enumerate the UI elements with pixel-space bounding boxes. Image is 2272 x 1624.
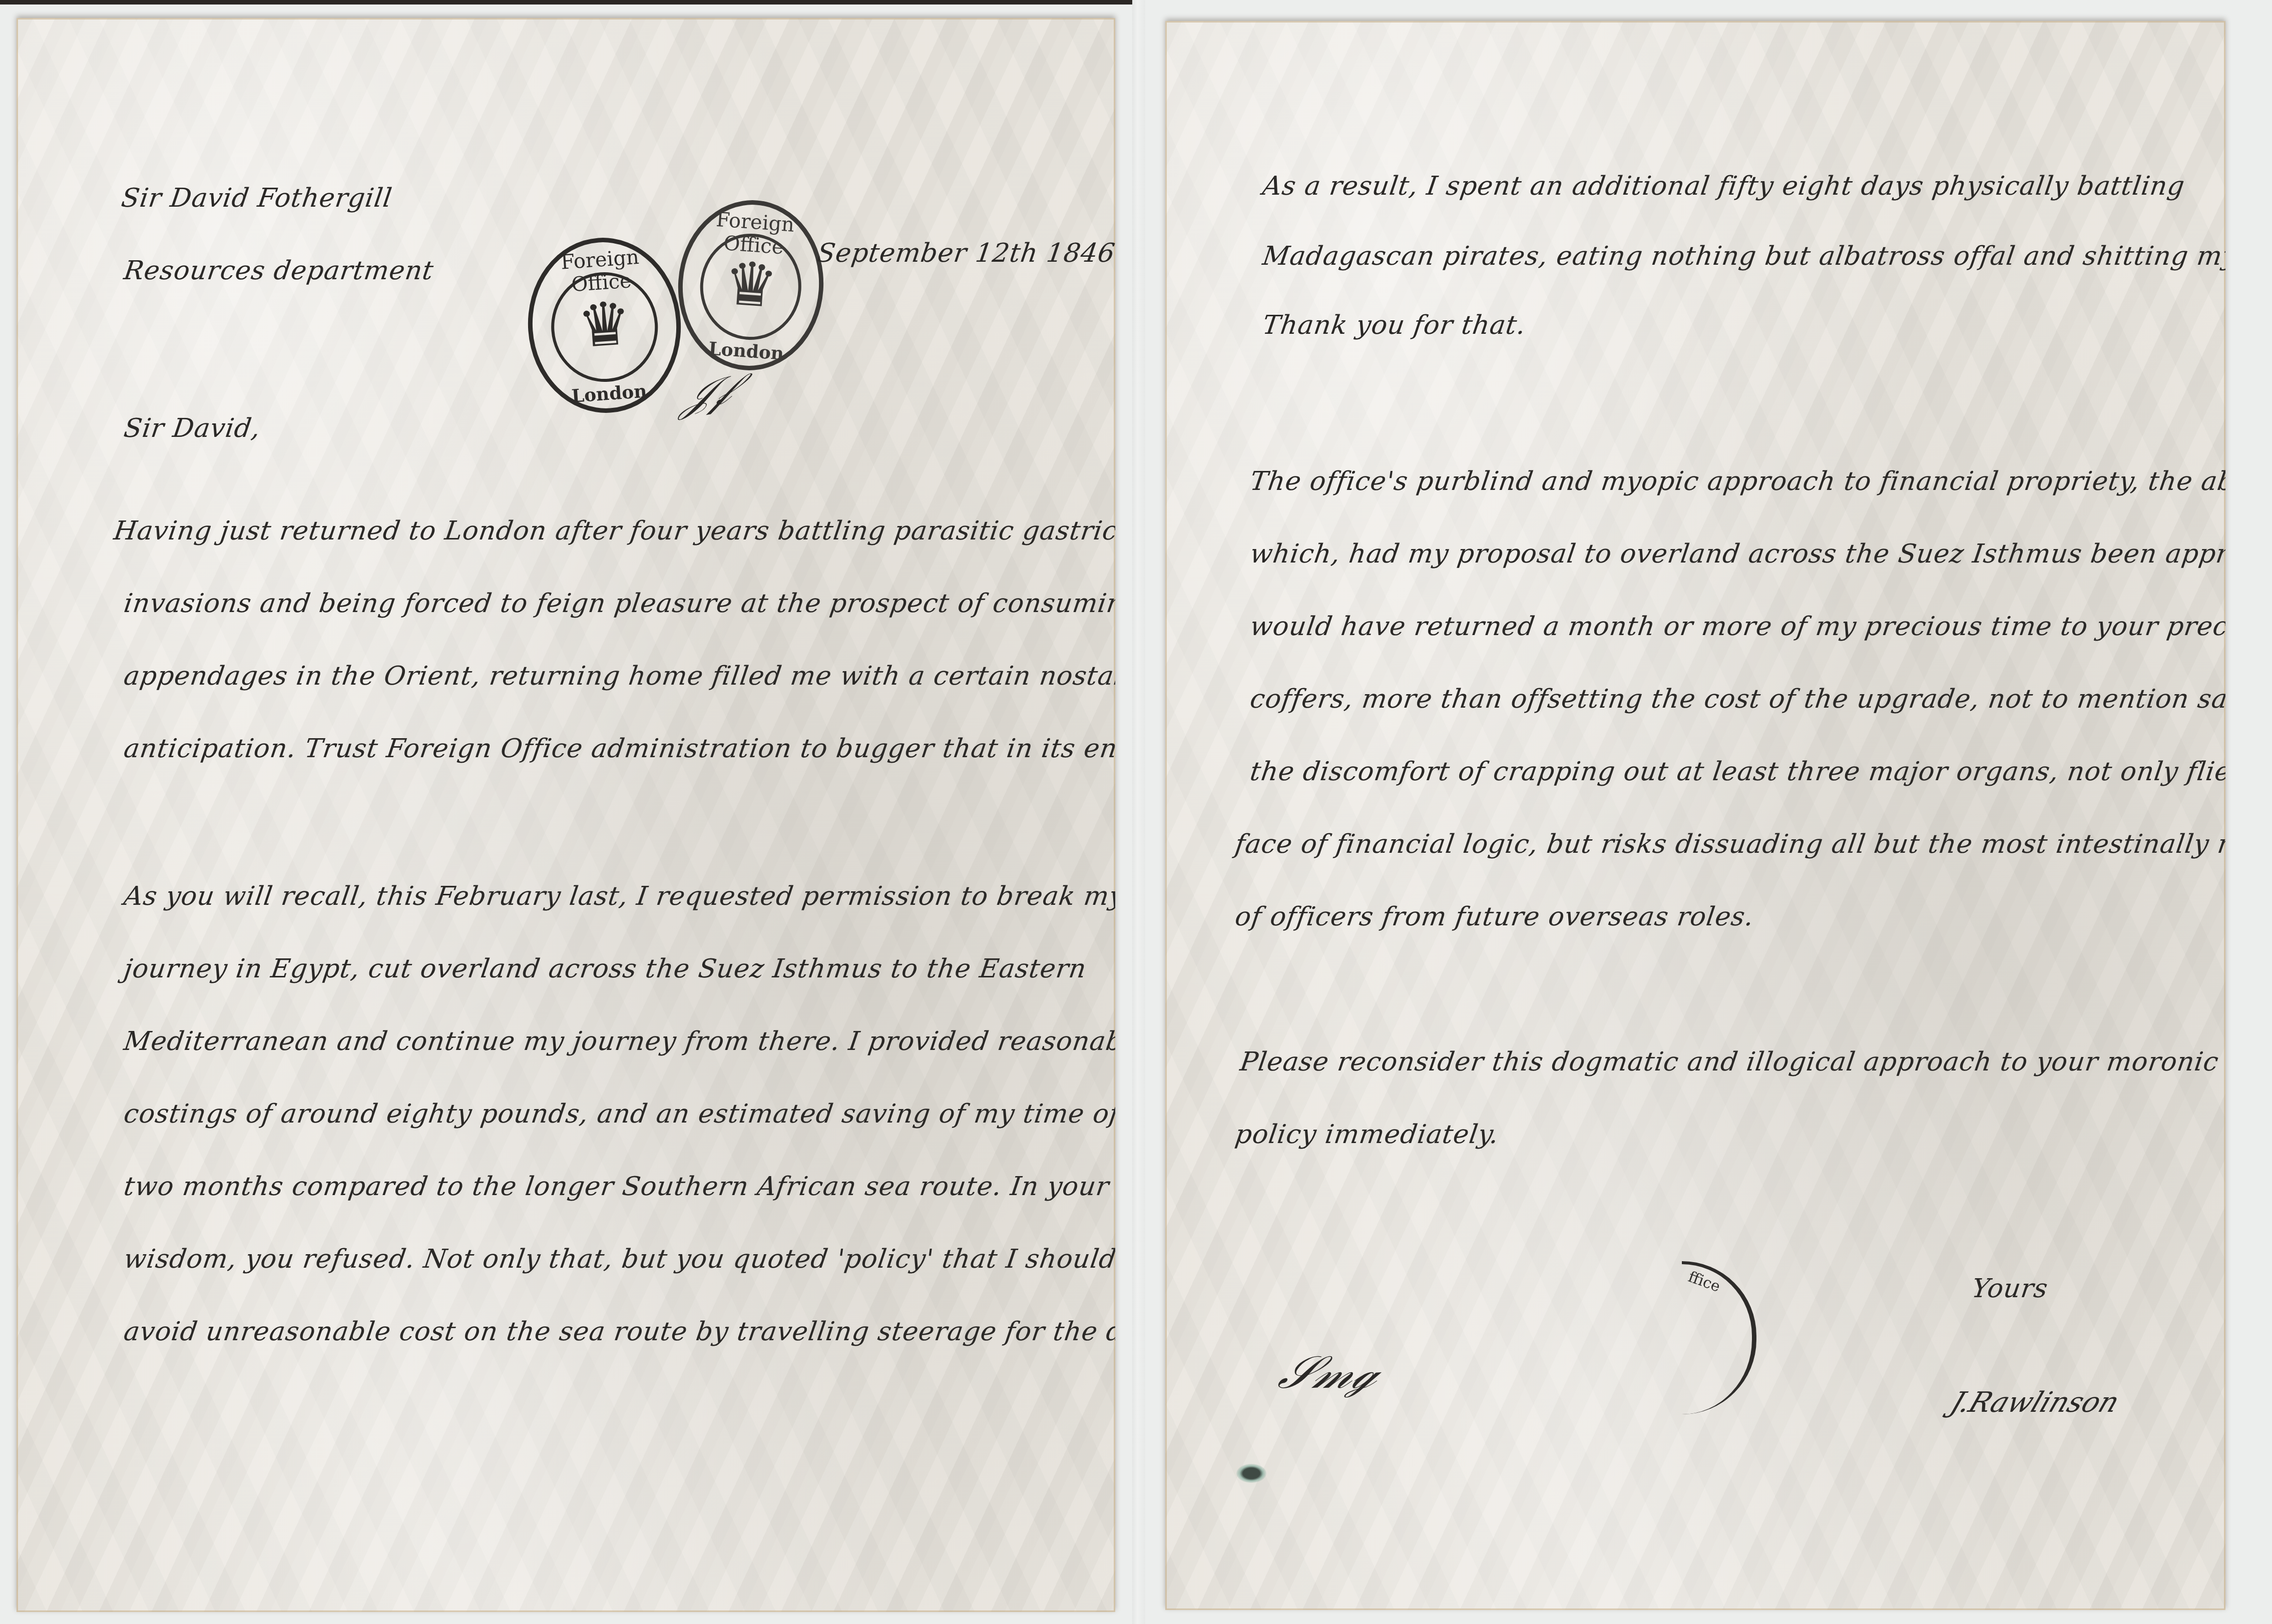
paragraph-line: Having just returned to London after fou… xyxy=(112,516,1115,546)
paragraph-line: journey in Egypt, cut overland across th… xyxy=(122,954,1089,984)
recipient-name: Sir David Fothergill xyxy=(120,183,394,213)
paragraph-line: Mediterranean and continue my journey fr… xyxy=(122,1026,1115,1056)
paragraph-line: two months compared to the longer Southe… xyxy=(122,1172,1111,1202)
partial-stamp-text: ffice xyxy=(1686,1268,1722,1296)
scanner-edge-bar xyxy=(0,0,1132,5)
paragraph-line: costings of around eighty pounds, and an… xyxy=(122,1099,1115,1129)
green-ink-stain xyxy=(1236,1464,1266,1483)
paragraph-line: avoid unreasonable cost on the sea route… xyxy=(122,1317,1115,1347)
paragraph-line: face of financial logic, but risks dissu… xyxy=(1233,829,2225,859)
salutation: Sir David, xyxy=(122,413,263,443)
royal-coat-of-arms-icon: ♛ xyxy=(576,293,634,357)
author-signature: J.Rawlinson xyxy=(1946,1386,2124,1419)
paragraph-line: wisdom, you refused. Not only that, but … xyxy=(122,1244,1115,1274)
page-gutter xyxy=(1132,0,1145,1624)
paragraph-line: The office's purblind and myopic approac… xyxy=(1248,466,2225,496)
paragraph-line: which, had my proposal to overland acros… xyxy=(1248,539,2225,569)
paragraph-line: invasions and being forced to feign plea… xyxy=(122,589,1115,619)
foreign-office-stamp: Foreign Office ♛ London xyxy=(522,233,687,418)
foreign-office-stamp: Foreign Office ♛ London xyxy=(672,195,829,375)
paragraph-line: As you will recall, this February last, … xyxy=(122,881,1115,911)
paragraph-line: Thank you for that. xyxy=(1261,310,1528,340)
closing-valediction: Yours xyxy=(1970,1274,2050,1304)
letter-date: September 12th 1846 xyxy=(815,238,1115,268)
paragraph-line: appendages in the Orient, returning home… xyxy=(122,661,1115,691)
paragraph-line: would have returned a month or more of m… xyxy=(1248,612,2225,642)
paragraph-line: anticipation. Trust Foreign Office admin… xyxy=(122,734,1115,764)
royal-coat-of-arms-icon: ♛ xyxy=(722,253,780,317)
recipient-department: Resources department xyxy=(122,256,435,286)
paragraph-line: policy immediately. xyxy=(1233,1120,1501,1150)
paragraph-line: Madagascan pirates, eating nothing but a… xyxy=(1261,241,2225,271)
witness-signature-scrawl-icon: 𝒮𝓂ℊ xyxy=(1272,1346,1389,1399)
paragraph-line: of officers from future overseas roles. xyxy=(1233,902,1756,932)
paragraph-line: As a result, I spent an additional fifty… xyxy=(1261,171,2187,201)
paragraph-line: the discomfort of crapping out at least … xyxy=(1248,757,2225,787)
paragraph-line: Please reconsider this dogmatic and illo… xyxy=(1238,1047,2225,1077)
paragraph-line: coffers, more than offsetting the cost o… xyxy=(1248,684,2225,714)
